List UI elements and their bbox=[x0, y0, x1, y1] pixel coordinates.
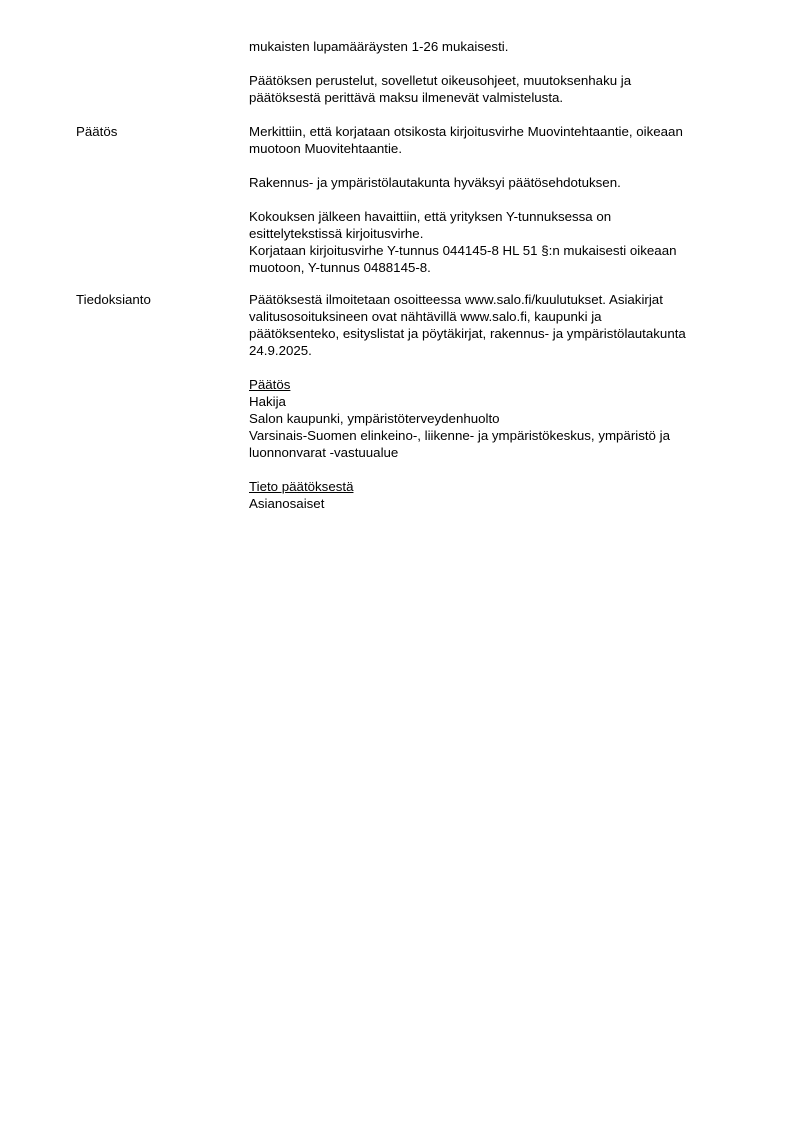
decision-recipients-block: Päätös Hakija Salon kaupunki, ympäristöt… bbox=[249, 376, 735, 461]
document-page: mukaisten lupamääräysten 1-26 mukaisesti… bbox=[0, 0, 794, 1122]
notification-content: Päätöksestä ilmoitetaan osoitteessa www.… bbox=[249, 291, 735, 512]
text-line: Päätöksestä ilmoitetaan osoitteessa www.… bbox=[249, 291, 735, 308]
decision-label: Päätös bbox=[76, 123, 236, 140]
intro-paragraph-2: Päätöksen perustelut, sovelletut oikeuso… bbox=[249, 72, 735, 106]
text-line: mukaisten lupamääräysten 1-26 mukaisesti… bbox=[249, 38, 735, 55]
text-line: Korjataan kirjoitusvirhe Y-tunnus 044145… bbox=[249, 242, 735, 259]
decision-paragraph-1: Merkittiin, että korjataan otsikosta kir… bbox=[249, 123, 735, 157]
text-line: päätöksenteko, esityslistat ja pöytäkirj… bbox=[249, 325, 735, 342]
text-line: muotoon Muovitehtaantie. bbox=[249, 140, 735, 157]
text-line: Kokouksen jälkeen havaittiin, että yrity… bbox=[249, 208, 735, 225]
text-line: Rakennus- ja ympäristölautakunta hyväksy… bbox=[249, 174, 735, 191]
recipient-item: Varsinais-Suomen elinkeino-, liikenne- j… bbox=[249, 427, 735, 444]
text-line: 24.9.2025. bbox=[249, 342, 735, 359]
decision-paragraph-3: Kokouksen jälkeen havaittiin, että yrity… bbox=[249, 208, 735, 276]
text-line: päätöksestä perittävä maksu ilmenevät va… bbox=[249, 89, 735, 106]
notification-paragraph-1: Päätöksestä ilmoitetaan osoitteessa www.… bbox=[249, 291, 735, 359]
text-line: esittelytekstissä kirjoitusvirhe. bbox=[249, 225, 735, 242]
decision-recipients-heading: Päätös bbox=[249, 376, 735, 393]
text-line: Merkittiin, että korjataan otsikosta kir… bbox=[249, 123, 735, 140]
text-line: valitusosoituksineen ovat nähtävillä www… bbox=[249, 308, 735, 325]
intro-content: mukaisten lupamääräysten 1-26 mukaisesti… bbox=[249, 38, 735, 106]
decision-paragraph-2: Rakennus- ja ympäristölautakunta hyväksy… bbox=[249, 174, 735, 191]
notification-label: Tiedoksianto bbox=[76, 291, 236, 308]
recipient-item: Hakija bbox=[249, 393, 735, 410]
intro-paragraph-1: mukaisten lupamääräysten 1-26 mukaisesti… bbox=[249, 38, 735, 55]
text-line: Päätöksen perustelut, sovelletut oikeuso… bbox=[249, 72, 735, 89]
recipient-item: Salon kaupunki, ympäristöterveydenhuolto bbox=[249, 410, 735, 427]
recipient-item: luonnonvarat -vastuualue bbox=[249, 444, 735, 461]
text-line: muotoon, Y-tunnus 0488145-8. bbox=[249, 259, 735, 276]
info-recipients-heading: Tieto päätöksestä bbox=[249, 478, 735, 495]
info-recipients-block: Tieto päätöksestä Asianosaiset bbox=[249, 478, 735, 512]
decision-content: Merkittiin, että korjataan otsikosta kir… bbox=[249, 123, 735, 276]
recipient-item: Asianosaiset bbox=[249, 495, 735, 512]
